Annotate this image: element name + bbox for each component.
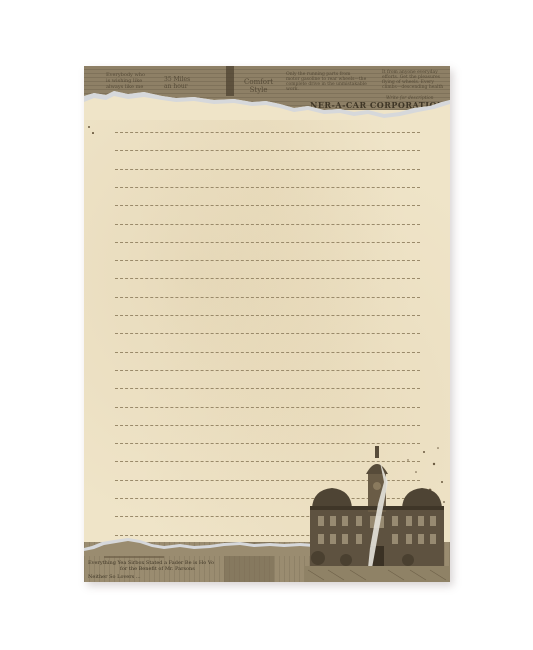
- ink-speckle: [92, 132, 94, 134]
- ruled-line: [115, 187, 420, 188]
- ruled-line: [115, 242, 420, 243]
- ink-speckle: [88, 126, 90, 128]
- ruled-line: [115, 205, 420, 206]
- clip-text: for the Benefit of Mr. Parsons: [120, 566, 195, 572]
- torn-edge-bottom: [84, 534, 314, 556]
- clip-text: Neither So Lovers ...: [88, 574, 141, 580]
- ruled-line: [115, 260, 420, 261]
- notepad-sheet: Everybody who is wishing like always lik…: [84, 66, 450, 582]
- town-hall-building-illustration: [304, 442, 450, 582]
- torn-edge-top: [84, 88, 450, 120]
- ruled-line: [115, 132, 420, 133]
- ruled-line: [115, 352, 420, 353]
- ruled-line: [115, 370, 420, 371]
- ruled-line: [115, 297, 420, 298]
- ruled-line: [115, 315, 420, 316]
- ruled-line: [115, 388, 420, 389]
- ruled-line: [115, 333, 420, 334]
- ruled-line: [115, 425, 420, 426]
- ruled-line: [115, 224, 420, 225]
- ruled-line: [115, 407, 420, 408]
- ruled-line: [115, 278, 420, 279]
- ruled-line: [115, 169, 420, 170]
- ruled-line: [115, 150, 420, 151]
- clip-text: It from anyone everyday efforts. Get the…: [382, 70, 450, 90]
